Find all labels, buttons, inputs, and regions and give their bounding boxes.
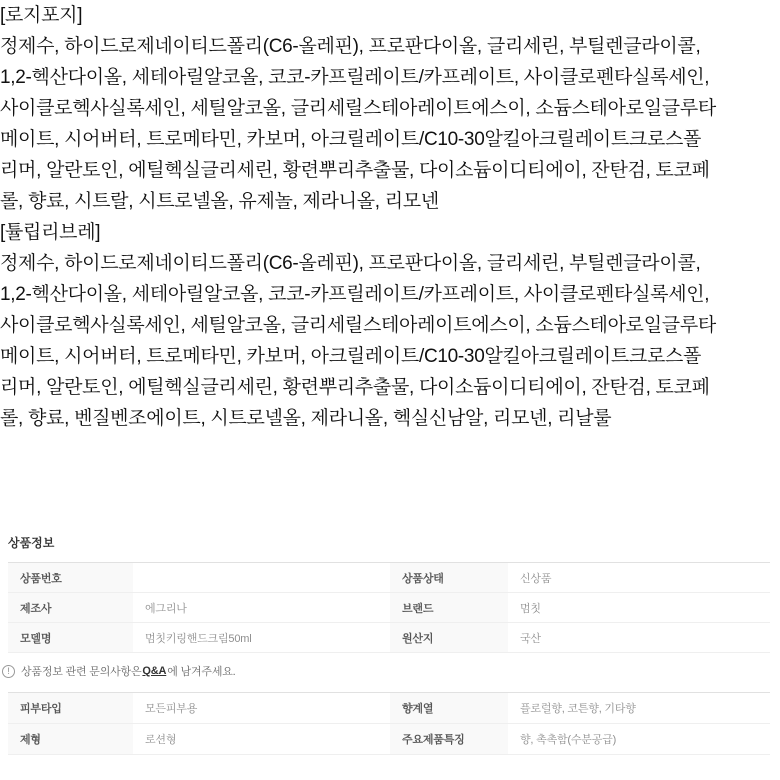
- info-value: 플로럴향, 코튼향, 기타향: [508, 693, 770, 723]
- ingredients-text: [로지포지] 정제수, 하이드로제네이티드폴리(C6-올레핀), 프로판다이올,…: [0, 0, 780, 434]
- info-label: 브랜드: [390, 593, 508, 622]
- ingredient-line: 정제수, 하이드로제네이티드폴리(C6-올레핀), 프로판다이올, 글리세린, …: [0, 31, 780, 62]
- table-row: 제형 로션형 주요제품특징 향, 촉촉함(수분공급): [8, 724, 770, 755]
- info-label: 원산지: [390, 623, 508, 652]
- info-label: 모델명: [8, 623, 133, 652]
- info-value: 에그리나: [133, 593, 390, 622]
- ingredient-group-title: [튤립리브레]: [0, 217, 780, 248]
- ingredient-line: 1,2-헥산다이올, 세테아릴알코올, 코코-카프릴레이트/카프레이트, 사이클…: [0, 62, 780, 93]
- table-row: 모델명 멈칫키링핸드크림50ml 원산지 국산: [8, 623, 770, 653]
- info-value: [133, 563, 390, 592]
- ingredient-line: 메이트, 시어버터, 트로메타민, 카보머, 아크릴레이트/C10-30알킬아크…: [0, 341, 780, 372]
- table-row: 제조사 에그리나 브랜드 멈칫: [8, 593, 770, 623]
- ingredient-line: 사이클로헥사실록세인, 세틸알코올, 글리세릴스테아레이트에스이, 소듐스테아로…: [0, 93, 780, 124]
- product-info-title: 상품정보: [8, 536, 770, 550]
- info-value: 향, 촉촉함(수분공급): [508, 724, 770, 754]
- info-value: 멈칫키링핸드크림50ml: [133, 623, 390, 652]
- ingredient-line: 리머, 알란토인, 에틸헥실글리세린, 황련뿌리추출물, 다이소듐이디티에이, …: [0, 155, 780, 186]
- page: { "colors": { "text_primary": "#111111",…: [0, 0, 780, 780]
- qna-link[interactable]: Q&A: [142, 665, 166, 677]
- info-label: 제형: [8, 724, 133, 754]
- ingredient-line: 리머, 알란토인, 에틸헥실글리세린, 황련뿌리추출물, 다이소듐이디티에이, …: [0, 372, 780, 403]
- product-info-table-top: 상품번호 상품상태 신상품 제조사 에그리나 브랜드 멈칫 모델명 멈칫키링핸드…: [8, 562, 770, 653]
- ingredient-line: 정제수, 하이드로제네이티드폴리(C6-올레핀), 프로판다이올, 글리세린, …: [0, 248, 780, 279]
- ingredient-line: 메이트, 시어버터, 트로메타민, 카보머, 아크릴레이트/C10-30알킬아크…: [0, 124, 780, 155]
- ingredient-line: 롤, 향료, 시트랄, 시트로넬올, 유제놀, 제라니올, 리모넨: [0, 186, 780, 217]
- notice-text-before: 상품정보 관련 문의사항은: [21, 663, 141, 679]
- info-label: 피부타입: [8, 693, 133, 723]
- ingredient-line: 1,2-헥산다이올, 세테아릴알코올, 코코-카프릴레이트/카프레이트, 사이클…: [0, 279, 780, 310]
- info-value: 모든피부용: [133, 693, 390, 723]
- info-label: 상품번호: [8, 563, 133, 592]
- notice-text-after: 에 남겨주세요.: [167, 663, 235, 679]
- info-value: 국산: [508, 623, 770, 652]
- table-row: 피부타입 모든피부용 향계열 플로럴향, 코튼향, 기타향: [8, 693, 770, 724]
- product-info-section: 상품정보 상품번호 상품상태 신상품 제조사 에그리나 브랜드 멈칫 모델명 멈…: [8, 536, 770, 755]
- exclamation-circle-icon: !: [2, 665, 15, 678]
- product-info-notice: ! 상품정보 관련 문의사항은 Q&A 에 남겨주세요.: [8, 662, 770, 680]
- product-info-table-bottom: 피부타입 모든피부용 향계열 플로럴향, 코튼향, 기타향 제형 로션형 주요제…: [8, 692, 770, 755]
- info-value: 신상품: [508, 563, 770, 592]
- info-label: 향계열: [390, 693, 508, 723]
- ingredient-group-title: [로지포지]: [0, 0, 780, 31]
- info-label: 상품상태: [390, 563, 508, 592]
- info-label: 제조사: [8, 593, 133, 622]
- table-row: 상품번호 상품상태 신상품: [8, 563, 770, 593]
- ingredient-line: 사이클로헥사실록세인, 세틸알코올, 글리세릴스테아레이트에스이, 소듐스테아로…: [0, 310, 780, 341]
- info-value: 멈칫: [508, 593, 770, 622]
- info-label: 주요제품특징: [390, 724, 508, 754]
- info-value: 로션형: [133, 724, 390, 754]
- ingredient-line: 롤, 향료, 벤질벤조에이트, 시트로넬올, 제라니올, 헥실신남알, 리모넨,…: [0, 403, 780, 434]
